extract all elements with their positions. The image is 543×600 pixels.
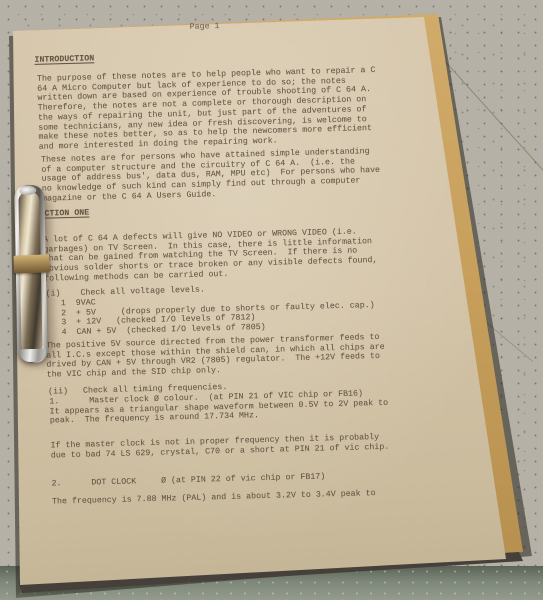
voltage-level-list: 1 9VAC 2 + 5V (drops properly due to sho…: [61, 291, 376, 338]
intro-paragraph-1: The purpose of these notes are to help p…: [37, 66, 377, 152]
master-clock-note: If the master clock is not in proper fre…: [50, 433, 389, 461]
page-text: Page 1 INTRODUCTION The purpose of these…: [0, 0, 543, 600]
binder-clip-band: [13, 254, 50, 273]
dot-clock-paragraph: The frequency is 7.88 MHz (PAL) and is a…: [52, 489, 376, 507]
intro-heading-label: INTRODUCTION: [34, 54, 94, 65]
dot-clock-item: 2. DOT CLOCK Ø (at PIN 22 of vic chip or…: [51, 472, 325, 489]
power-supply-paragraph: The positive 5V source directed from the…: [46, 333, 385, 381]
intro-heading: INTRODUCTION: [34, 54, 94, 65]
intro-paragraph-2: These notes are for persons who have att…: [41, 147, 381, 204]
section-one-paragraph: A lot of C 64 A defects will give NO VID…: [43, 227, 378, 284]
binder-clip-foot: [20, 349, 46, 363]
page-number: Page 1: [190, 22, 220, 32]
binder-clip: [14, 185, 48, 364]
photo-scene: Page 1 INTRODUCTION The purpose of these…: [0, 0, 543, 600]
